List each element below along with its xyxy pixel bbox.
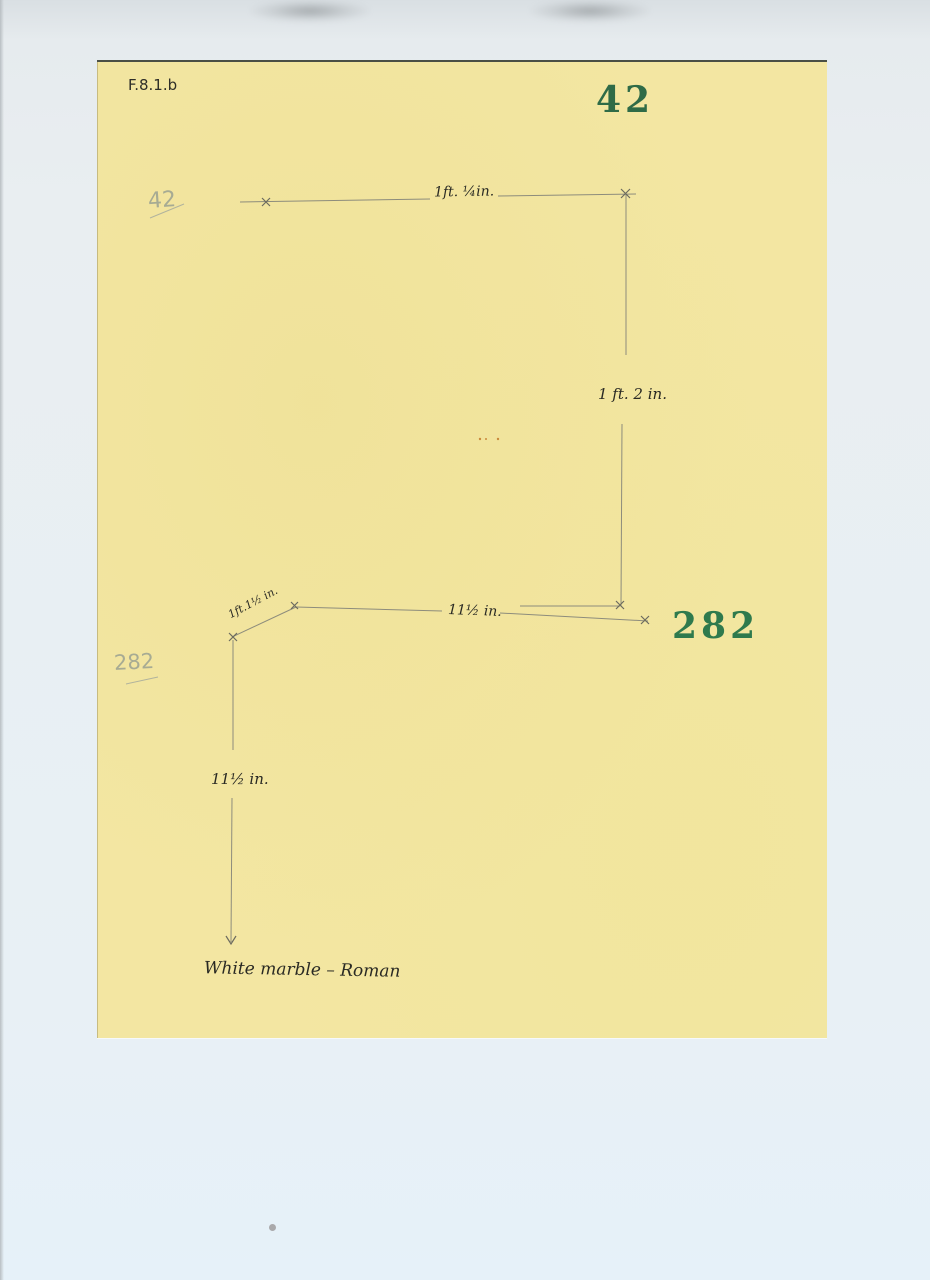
material-caption: White marble – Roman	[204, 958, 401, 981]
dimension-label-top-width: 1ft. ¼in.	[434, 183, 494, 200]
dimension-label-middle-width: 11½ in.	[448, 602, 502, 620]
stamp-number-second: 282	[672, 606, 759, 646]
scanner-edge	[0, 0, 4, 1280]
pencil-number-second: 282	[113, 649, 154, 675]
reference-code: F.8.1.b	[128, 76, 177, 94]
stamp-number-top: 42	[596, 80, 654, 120]
scanner-shadow	[250, 0, 370, 22]
archival-card	[97, 60, 827, 1038]
dimension-label-left-height: 11½ in.	[211, 770, 269, 788]
dimension-label-right-height: 1 ft. 2 in.	[598, 385, 667, 403]
scanner-dust-mark	[269, 1224, 276, 1231]
pencil-number-top: 42	[147, 187, 177, 214]
scanner-shadow	[530, 0, 650, 22]
